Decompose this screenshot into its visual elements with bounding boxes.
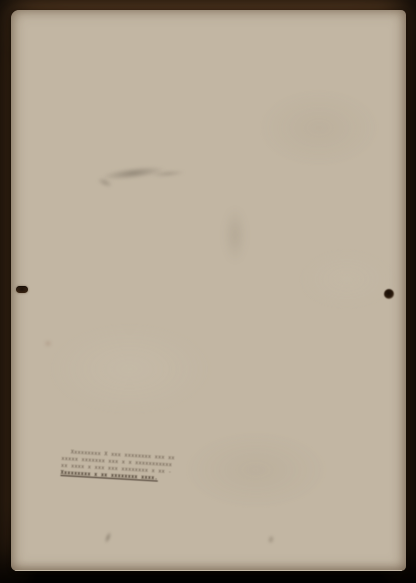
scuff-mark [102,529,113,545]
faint-streak [221,198,249,272]
ink-stamp: Xxxxxxxxx X xxx xxxxxxxx xxx xx xxxxx xx… [60,449,175,483]
stain-spot [43,339,53,348]
right-hanger-hole [384,289,394,299]
left-hanger-slot [16,286,28,293]
cardboard-back: Xxxxxxxxx X xxx xxxxxxxx xxx xx xxxxx xx… [11,10,406,571]
photograph-of-board-back: Xxxxxxxxx X xxx xxxxxxxx xxx xx xxxxx xx… [0,0,416,583]
scuff-mark [266,533,276,546]
paper-grain-texture [11,10,406,571]
board-bottom-edge-highlight [15,570,402,571]
